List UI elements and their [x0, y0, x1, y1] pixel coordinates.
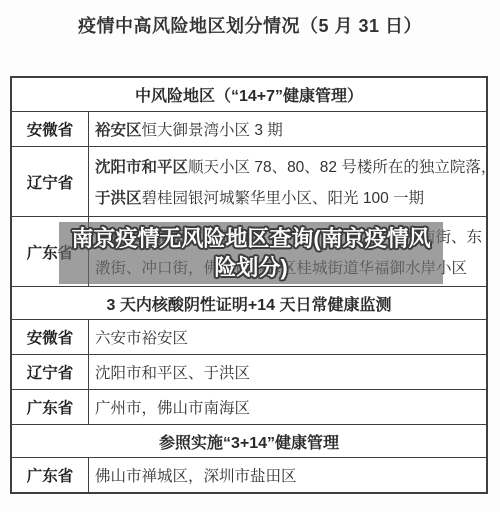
region-text-part: 佛山市禅城区，深圳市盐田区 — [95, 464, 297, 486]
region-cell: 沈阳市和平区、于洪区 — [89, 355, 486, 389]
province-cell: 辽宁省 — [12, 147, 89, 216]
region-bold-part: 裕安区 — [95, 118, 142, 140]
table-row: 安微省 六安市裕安区 — [12, 319, 486, 354]
province-cell: 辽宁省 — [12, 355, 89, 389]
table-row: 安微省 裕安区 恒大御景湾小区 3 期 — [12, 111, 486, 146]
section-header-reference: 参照实施“3+14”健康管理 — [12, 424, 486, 457]
table-row: 辽宁省 沈阳市和平区 顺天小区 78、80、82 号楼所在的独立院落， 于洪区 … — [12, 146, 486, 216]
watermark-text-line2: 险划分) — [214, 253, 287, 282]
section-header-label: 3 天内核酸阴性证明+14 天日常健康监测 — [107, 292, 392, 315]
risk-area-table: 中风险地区（“14+7”健康管理） 安微省 裕安区 恒大御景湾小区 3 期 辽宁… — [10, 76, 488, 494]
section-header-label: 中风险地区（“14+7”健康管理） — [135, 83, 363, 106]
region-text-part: 碧桂园银河城繁华里小区、阳光 100 一期 — [142, 186, 424, 208]
province-cell: 安微省 — [12, 112, 89, 146]
watermark-overlay: 南京疫情无风险地区查询(南京疫情风 险划分) — [59, 222, 443, 284]
table-row: 广东省 广州市，佛山市南海区 — [12, 389, 486, 424]
region-line: 裕安区 恒大御景湾小区 3 期 — [95, 118, 482, 140]
region-cell: 广州市，佛山市南海区 — [89, 390, 486, 424]
page-title: 疫情中高风险地区划分情况（5 月 31 日） — [0, 12, 500, 38]
table-row: 辽宁省 沈阳市和平区、于洪区 — [12, 354, 486, 389]
region-line: 广州市，佛山市南海区 — [95, 396, 482, 418]
province-cell: 安微省 — [12, 320, 89, 354]
region-line: 沈阳市和平区、于洪区 — [95, 361, 482, 383]
region-line: 于洪区 碧桂园银河城繁华里小区、阳光 100 一期 — [95, 186, 482, 208]
region-cell: 佛山市禅城区，深圳市盐田区 — [89, 458, 486, 492]
region-bold-part: 于洪区 — [95, 186, 142, 208]
region-bold-part: 沈阳市和平区 — [95, 155, 188, 177]
region-text-part: 沈阳市和平区、于洪区 — [95, 361, 250, 383]
region-cell: 六安市裕安区 — [89, 320, 486, 354]
watermark-text-line1: 南京疫情无风险地区查询(南京疫情风 — [71, 224, 430, 253]
region-text-part: 六安市裕安区 — [95, 326, 188, 348]
section-header-label: 参照实施“3+14”健康管理 — [159, 430, 339, 453]
region-cell: 沈阳市和平区 顺天小区 78、80、82 号楼所在的独立院落， 于洪区 碧桂园银… — [89, 147, 486, 216]
region-cell: 裕安区 恒大御景湾小区 3 期 — [89, 112, 486, 146]
region-line: 沈阳市和平区 顺天小区 78、80、82 号楼所在的独立院落， — [95, 155, 482, 177]
section-header-nucleic-acid: 3 天内核酸阴性证明+14 天日常健康监测 — [12, 286, 486, 319]
province-cell: 广东省 — [12, 458, 89, 492]
section-header-medium-risk: 中风险地区（“14+7”健康管理） — [12, 78, 486, 111]
table-row: 广东省 佛山市禅城区，深圳市盐田区 — [12, 457, 486, 492]
province-cell: 广东省 — [12, 390, 89, 424]
region-text-part: 恒大御景湾小区 3 期 — [142, 118, 283, 140]
region-line: 佛山市禅城区，深圳市盐田区 — [95, 464, 482, 486]
region-text-part: 广州市，佛山市南海区 — [95, 396, 250, 418]
region-line: 六安市裕安区 — [95, 326, 482, 348]
region-text-part: 顺天小区 78、80、82 号楼所在的独立院落， — [188, 155, 496, 177]
